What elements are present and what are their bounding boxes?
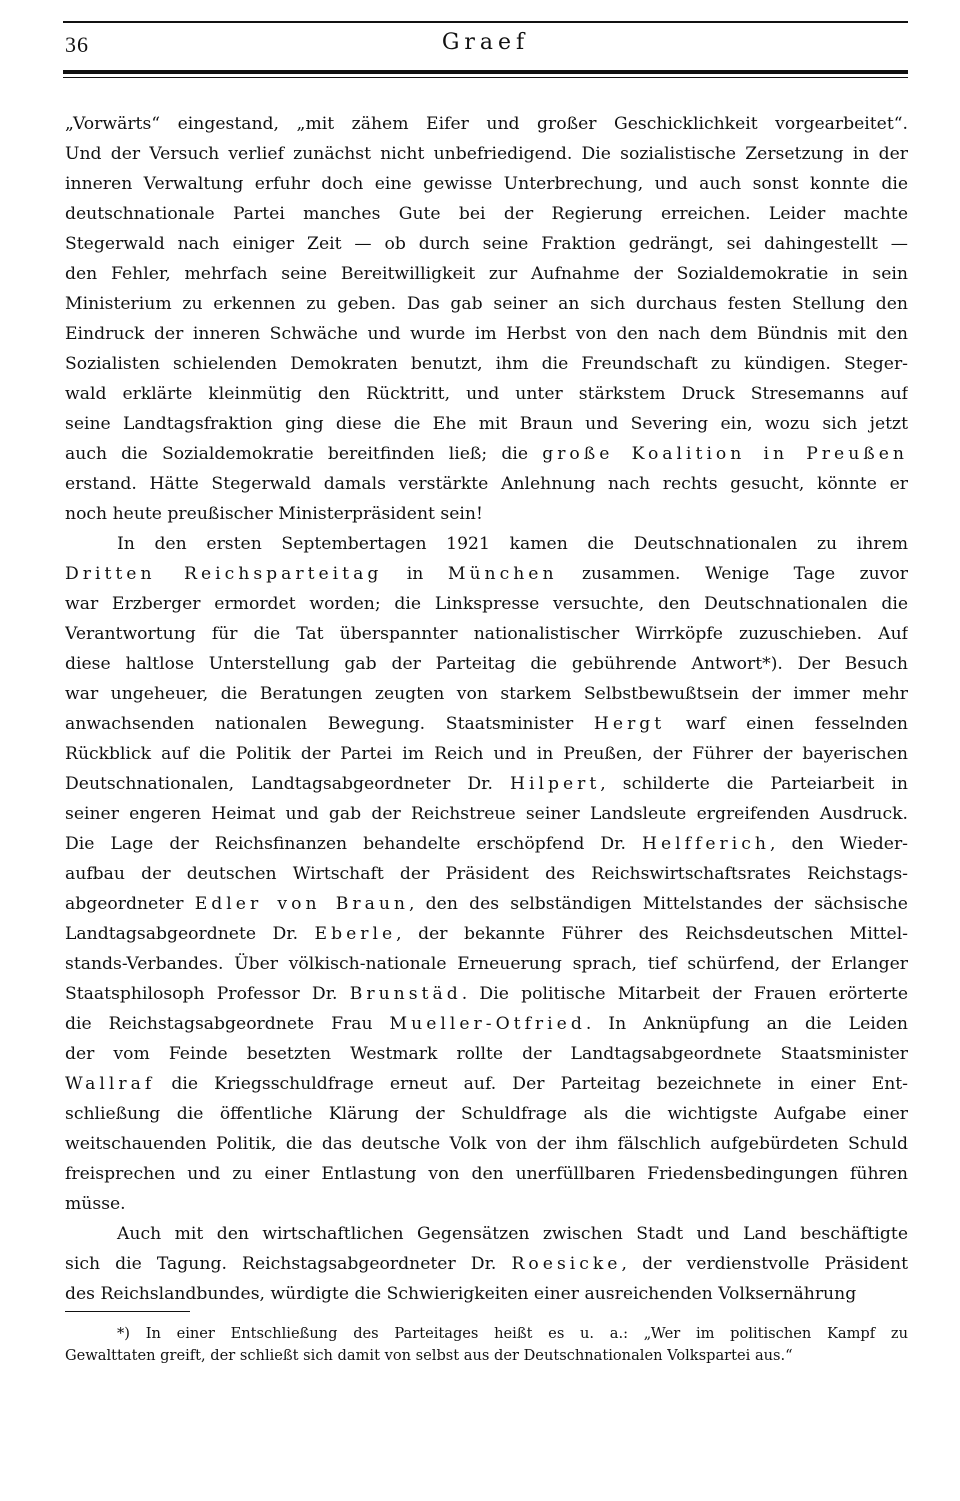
- text-line: „Vorwärts“ eingestand, „mit zähem Eifer …: [65, 109, 908, 139]
- text-line: In den ersten Septembertagen 1921 kamen …: [65, 529, 908, 559]
- header-thin-rule: [63, 77, 908, 78]
- text-line: diese haltlose Unterstellung gab der Par…: [65, 649, 908, 679]
- footnote-rule: [65, 1311, 190, 1312]
- text-line: Und der Versuch verlief zunächst nicht u…: [65, 139, 908, 169]
- text-run: , der bekannte Führer des Reichsdeutsche…: [396, 924, 908, 944]
- footnote: *) In einer Entschließung des Parteitage…: [65, 1323, 908, 1367]
- text-line: müsse.: [65, 1189, 908, 1219]
- text-line: des Reichslandbundes, würdigte die Schwi…: [65, 1279, 908, 1309]
- emphasized-name: Hilpert: [510, 774, 600, 794]
- text-run: in: [382, 564, 448, 584]
- emphasized-name: Brunstäd: [350, 984, 462, 1004]
- emphasized-name: Roesicke: [511, 1254, 621, 1274]
- text-line: schließung die öffentliche Klärung der S…: [65, 1099, 908, 1129]
- text-line: seiner engeren Heimat und gab der Reichs…: [65, 799, 908, 829]
- text-line: Eindruck der inneren Schwäche und wurde …: [65, 319, 908, 349]
- text-line: Landtagsabgeordnete Dr. Eberle, der beka…: [65, 919, 908, 949]
- text-line: abgeordneter Edler von Braun, den des se…: [65, 889, 908, 919]
- emphasized-name: Edler von Braun: [195, 894, 409, 914]
- text-run: die Reichstagsabgeordnete Frau: [65, 1014, 390, 1034]
- text-line: war Erzberger ermordet worden; die Links…: [65, 589, 908, 619]
- emphasized-name: Dritten Reichsparteitag: [65, 564, 382, 584]
- text-line: sich die Tagung. Reichstagsabgeordneter …: [65, 1249, 908, 1279]
- text-run: Staatsphilosoph Professor Dr.: [65, 984, 350, 1004]
- footnote-line: Gewalttaten greift, der schließt sich da…: [65, 1345, 908, 1367]
- text-run: zusammen. Wenige Tage zuvor: [558, 564, 908, 584]
- emphasized-name: Hergt: [594, 714, 665, 734]
- text-run: , schilderte die Parteiarbeit in: [600, 774, 908, 794]
- text-line: Ministerium zu erkennen zu geben. Das ga…: [65, 289, 908, 319]
- body-text: „Vorwärts“ eingestand, „mit zähem Eifer …: [65, 109, 908, 1309]
- text-run: Deutschnationalen, Landtagsabgeordneter …: [65, 774, 510, 794]
- text-line: Staatsphilosoph Professor Dr. Brunstäd. …: [65, 979, 908, 1009]
- text-line: inneren Verwaltung erfuhr doch eine gewi…: [65, 169, 908, 199]
- text-run: anwachsenden nationalen Bewegung. Staats…: [65, 714, 594, 734]
- text-run: . In Anknüpfung an die Leiden: [586, 1014, 908, 1034]
- header-top-rule: [63, 21, 908, 23]
- text-line: noch heute preußischer Ministerpräsident…: [65, 499, 908, 529]
- text-run: Landtagsabgeordnete Dr.: [65, 924, 315, 944]
- text-line: wald erklärte kleinmütig den Rücktritt, …: [65, 379, 908, 409]
- running-title: Graef: [63, 30, 908, 55]
- emphasized-name: Eberle: [315, 924, 397, 944]
- text-line: Auch mit den wirtschaftlichen Gegensätze…: [65, 1219, 908, 1249]
- text-line: auch die Sozialdemokratie bereitfinden l…: [65, 439, 908, 469]
- text-line: stands-Verbandes. Über völkisch-national…: [65, 949, 908, 979]
- text-run: Die Lage der Reichsfinanzen behandelte e…: [65, 834, 642, 854]
- book-page: 36 Graef „Vorwärts“ eingestand, „mit zäh…: [0, 0, 960, 1501]
- text-line: Rückblick auf die Politik der Partei im …: [65, 739, 908, 769]
- paragraph: „Vorwärts“ eingestand, „mit zähem Eifer …: [65, 109, 908, 529]
- text-line: freisprechen und zu einer Entlastung von…: [65, 1159, 908, 1189]
- text-line: aufbau der deutschen Wirtschaft der Präs…: [65, 859, 908, 889]
- text-line: den Fehler, mehrfach seine Bereitwilligk…: [65, 259, 908, 289]
- header-thick-rule: [63, 70, 908, 74]
- text-line: anwachsenden nationalen Bewegung. Staats…: [65, 709, 908, 739]
- text-line: Deutschnationalen, Landtagsabgeordneter …: [65, 769, 908, 799]
- text-run: , der verdienstvolle Präsident: [621, 1254, 908, 1274]
- text-line: war ungeheuer, die Beratungen zeugten vo…: [65, 679, 908, 709]
- text-run: auch die Sozialdemokratie bereitfinden l…: [65, 444, 542, 464]
- text-run: , den Wieder-: [770, 834, 908, 854]
- text-line: Dritten Reichsparteitag in München zusam…: [65, 559, 908, 589]
- running-head: 36 Graef: [63, 30, 908, 64]
- text-line: der vom Feinde besetzten Westmark rollte…: [65, 1039, 908, 1069]
- text-run: , den des selbständigen Mittelstandes de…: [409, 894, 908, 914]
- text-line: weitschauenden Politik, die das deutsche…: [65, 1129, 908, 1159]
- text-line: Wallraf die Kriegsschuldfrage erneut auf…: [65, 1069, 908, 1099]
- paragraph: Auch mit den wirtschaftlichen Gegensätze…: [65, 1219, 908, 1309]
- text-run: abgeordneter: [65, 894, 195, 914]
- text-line: Sozialisten schielenden Demokraten benut…: [65, 349, 908, 379]
- footnote-line: *) In einer Entschließung des Parteitage…: [65, 1323, 908, 1345]
- text-run: sich die Tagung. Reichstagsabgeordneter …: [65, 1254, 511, 1274]
- text-line: erstand. Hätte Stegerwald damals verstär…: [65, 469, 908, 499]
- text-run: die Kriegsschuldfrage erneut auf. Der Pa…: [155, 1074, 908, 1094]
- emphasized-name: große Koalition in Preußen: [542, 444, 908, 464]
- emphasized-name: München: [448, 564, 558, 584]
- text-line: Die Lage der Reichsfinanzen behandelte e…: [65, 829, 908, 859]
- text-run: . Die politische Mitarbeit der Frauen er…: [462, 984, 908, 1004]
- text-line: die Reichstagsabgeordnete Frau Mueller-O…: [65, 1009, 908, 1039]
- paragraph: In den ersten Septembertagen 1921 kamen …: [65, 529, 908, 1219]
- text-run: warf einen fesselnden: [665, 714, 908, 734]
- emphasized-name: Mueller-Otfried: [390, 1014, 586, 1034]
- emphasized-name: Wallraf: [65, 1074, 155, 1094]
- text-line: Stegerwald nach einiger Zeit — ob durch …: [65, 229, 908, 259]
- text-line: seine Landtagsfraktion ging diese die Eh…: [65, 409, 908, 439]
- emphasized-name: Helfferich: [642, 834, 770, 854]
- text-line: deutschnationale Partei manches Gute bei…: [65, 199, 908, 229]
- text-line: Verantwortung für die Tat überspannter n…: [65, 619, 908, 649]
